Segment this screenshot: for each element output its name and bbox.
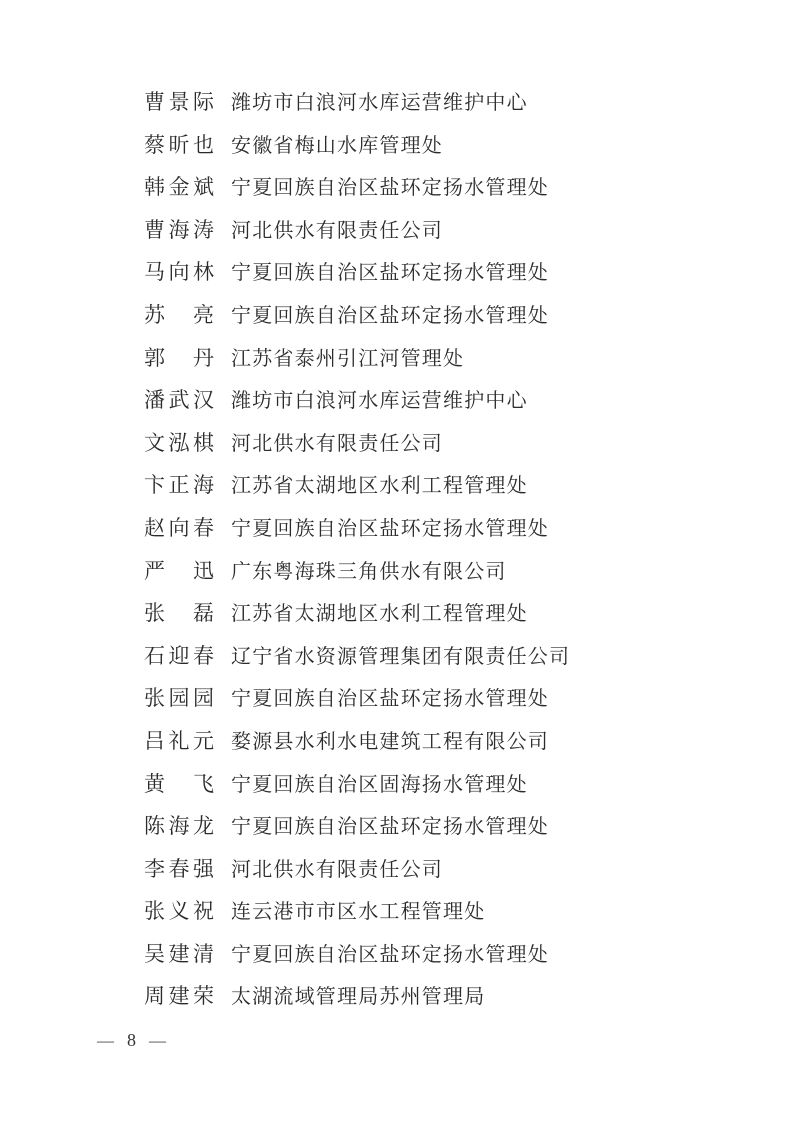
roster-row: 赵向春 宁夏回族自治区盐环定扬水管理处 <box>144 507 570 550</box>
person-name: 曹景际 <box>144 81 220 124</box>
roster-row: 张义祝 连云港市市区水工程管理处 <box>144 890 570 933</box>
organization-name: 江苏省泰州引江河管理处 <box>231 348 464 370</box>
organization-name: 婺源县水利水电建筑工程有限公司 <box>231 731 549 753</box>
organization-name: 宁夏回族自治区盐环定扬水管理处 <box>231 177 549 199</box>
person-name: 周建荣 <box>144 975 220 1018</box>
roster-row: 严 迅 广东粤海珠三角供水有限公司 <box>144 550 570 593</box>
footer-dash-left: — <box>97 1031 114 1051</box>
roster-row: 陈海龙 宁夏回族自治区盐环定扬水管理处 <box>144 805 570 848</box>
organization-name: 宁夏回族自治区盐环定扬水管理处 <box>231 305 549 327</box>
roster-row: 石迎春 辽宁省水资源管理集团有限责任公司 <box>144 635 570 678</box>
page-footer: — 8 — <box>97 1030 166 1051</box>
organization-name: 宁夏回族自治区盐环定扬水管理处 <box>231 518 549 540</box>
organization-name: 宁夏回族自治区盐环定扬水管理处 <box>231 688 549 710</box>
roster-row: 蔡昕也 安徽省梅山水库管理处 <box>144 124 570 167</box>
person-name: 李春强 <box>144 848 220 891</box>
organization-name: 连云港市市区水工程管理处 <box>231 901 485 923</box>
person-name: 卞正海 <box>144 464 220 507</box>
person-name: 文泓棋 <box>144 422 220 465</box>
organization-name: 安徽省梅山水库管理处 <box>231 135 443 157</box>
person-name: 张义祝 <box>144 890 220 933</box>
person-name: 郭 丹 <box>144 337 220 380</box>
person-name: 石迎春 <box>144 635 220 678</box>
person-name: 吕礼元 <box>144 720 220 763</box>
roster-row: 苏 亮 宁夏回族自治区盐环定扬水管理处 <box>144 294 570 337</box>
person-name: 赵向春 <box>144 507 220 550</box>
organization-name: 广东粤海珠三角供水有限公司 <box>231 561 507 583</box>
footer-dash-right: — <box>149 1031 166 1051</box>
roster-row: 张园园 宁夏回族自治区盐环定扬水管理处 <box>144 677 570 720</box>
roster-list: 曹景际 潍坊市白浪河水库运营维护中心 蔡昕也 安徽省梅山水库管理处 韩金斌 宁夏… <box>144 81 570 1018</box>
person-name: 严 迅 <box>144 550 220 593</box>
document-page: 曹景际 潍坊市白浪河水库运营维护中心 蔡昕也 安徽省梅山水库管理处 韩金斌 宁夏… <box>0 0 800 1132</box>
roster-row: 曹景际 潍坊市白浪河水库运营维护中心 <box>144 81 570 124</box>
organization-name: 江苏省太湖地区水利工程管理处 <box>231 475 528 497</box>
person-name: 潘武汉 <box>144 379 220 422</box>
organization-name: 河北供水有限责任公司 <box>231 220 443 242</box>
person-name: 蔡昕也 <box>144 124 220 167</box>
person-name: 苏 亮 <box>144 294 220 337</box>
person-name: 黄 飞 <box>144 763 220 806</box>
organization-name: 太湖流域管理局苏州管理局 <box>231 986 485 1008</box>
organization-name: 宁夏回族自治区盐环定扬水管理处 <box>231 262 549 284</box>
organization-name: 河北供水有限责任公司 <box>231 859 443 881</box>
roster-row: 潘武汉 潍坊市白浪河水库运营维护中心 <box>144 379 570 422</box>
person-name: 张园园 <box>144 677 220 720</box>
organization-name: 宁夏回族自治区盐环定扬水管理处 <box>231 944 549 966</box>
roster-row: 马向林 宁夏回族自治区盐环定扬水管理处 <box>144 251 570 294</box>
page-number: 8 <box>127 1030 136 1051</box>
person-name: 吴建清 <box>144 933 220 976</box>
organization-name: 江苏省太湖地区水利工程管理处 <box>231 603 528 625</box>
person-name: 曹海涛 <box>144 209 220 252</box>
roster-row: 文泓棋 河北供水有限责任公司 <box>144 422 570 465</box>
person-name: 韩金斌 <box>144 166 220 209</box>
roster-row: 韩金斌 宁夏回族自治区盐环定扬水管理处 <box>144 166 570 209</box>
roster-row: 黄 飞 宁夏回族自治区固海扬水管理处 <box>144 763 570 806</box>
roster-row: 李春强 河北供水有限责任公司 <box>144 848 570 891</box>
organization-name: 潍坊市白浪河水库运营维护中心 <box>231 390 528 412</box>
person-name: 张 磊 <box>144 592 220 635</box>
organization-name: 潍坊市白浪河水库运营维护中心 <box>231 92 528 114</box>
organization-name: 辽宁省水资源管理集团有限责任公司 <box>231 646 570 668</box>
roster-row: 吴建清 宁夏回族自治区盐环定扬水管理处 <box>144 933 570 976</box>
roster-row: 郭 丹 江苏省泰州引江河管理处 <box>144 337 570 380</box>
roster-row: 张 磊 江苏省太湖地区水利工程管理处 <box>144 592 570 635</box>
organization-name: 宁夏回族自治区盐环定扬水管理处 <box>231 816 549 838</box>
organization-name: 宁夏回族自治区固海扬水管理处 <box>231 774 528 796</box>
person-name: 陈海龙 <box>144 805 220 848</box>
roster-row: 曹海涛 河北供水有限责任公司 <box>144 209 570 252</box>
roster-row: 周建荣 太湖流域管理局苏州管理局 <box>144 975 570 1018</box>
roster-row: 吕礼元 婺源县水利水电建筑工程有限公司 <box>144 720 570 763</box>
organization-name: 河北供水有限责任公司 <box>231 433 443 455</box>
roster-row: 卞正海 江苏省太湖地区水利工程管理处 <box>144 464 570 507</box>
person-name: 马向林 <box>144 251 220 294</box>
